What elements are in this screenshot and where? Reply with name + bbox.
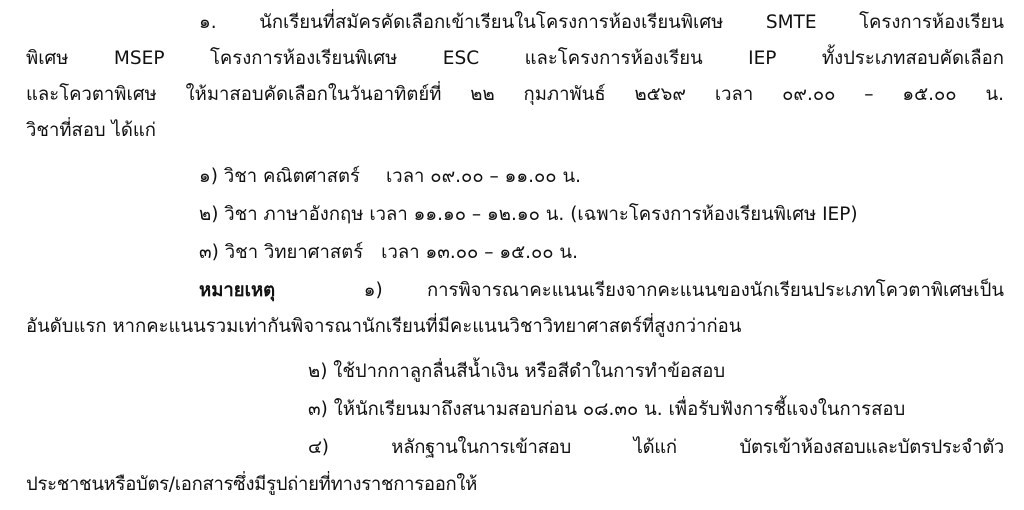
remark-text: ๑) การพิจารณาคะแนนเรียงจากคะแนนของนักเรี… — [364, 280, 1004, 301]
subject-time: เวลา ๐๙.๐๐ – ๑๑.๐๐ น. — [386, 166, 581, 187]
paragraph-1-line-4: วิชาที่สอบ ได้แก่ — [26, 114, 1004, 148]
exam-announcement-document: ๑. นักเรียนที่สมัครคัดเลือกเข้าเรียนในโค… — [0, 0, 1024, 510]
paragraph-1-line-1: ๑. นักเรียนที่สมัครคัดเลือกเข้าเรียนในโค… — [199, 6, 1004, 40]
subject-item-math: ๑) วิชา คณิตศาสตร์เวลา ๐๙.๐๐ – ๑๑.๐๐ น. — [199, 160, 1004, 194]
subject-label: ๒) วิชา ภาษาอังกฤษ — [199, 204, 363, 225]
paragraph-1-line-2: พิเศษ MSEP โครงการห้องเรียนพิเศษ ESC และ… — [26, 42, 1004, 76]
subject-note: (เฉพาะโครงการห้องเรียนพิเศษ IEP) — [570, 204, 857, 225]
remark-item-1-line-2: อันดับแรก หากคะแนนรวมเท่ากันพิจารณานักเร… — [26, 310, 1004, 344]
remark-item-2: ๒) ใช้ปากกาลูกลื่นสีน้ำเงิน หรือสีดำในกา… — [308, 355, 1004, 389]
remark-item-4-line-2: ประชาชนหรือบัตร/เอกสารซึ่งมีรูปถ่ายที่ทา… — [26, 468, 1004, 502]
remark-item-3: ๓) ให้นักเรียนมาถึงสนามสอบก่อน ๐๘.๓๐ น. … — [308, 393, 1004, 427]
subject-label: ๓) วิชา วิทยาศาสตร์ — [199, 242, 363, 263]
subject-item-science: ๓) วิชา วิทยาศาสตร์เวลา ๑๓.๐๐ – ๑๕.๐๐ น. — [199, 236, 1004, 270]
subject-label: ๑) วิชา คณิตศาสตร์ — [199, 166, 360, 187]
subject-time: เวลา ๑๓.๐๐ – ๑๕.๐๐ น. — [381, 242, 578, 263]
paragraph-1-line-3: และโควตาพิเศษ ให้มาสอบคัดเลือกในวันอาทิต… — [26, 78, 1004, 112]
remark-item-4-line-1: ๔) หลักฐานในการเข้าสอบ ได้แก่ บัตรเข้าห้… — [308, 431, 1004, 465]
subject-time: เวลา ๑๑.๑๐ – ๑๒.๑๐ น. — [369, 204, 564, 225]
remark-item-1-line-1: หมายเหตุ ๑) การพิจารณาคะแนนเรียงจากคะแนน… — [199, 274, 1004, 308]
subject-item-english: ๒) วิชา ภาษาอังกฤษ เวลา ๑๑.๑๐ – ๑๒.๑๐ น.… — [199, 198, 1004, 232]
remarks-heading: หมายเหตุ — [199, 280, 275, 301]
